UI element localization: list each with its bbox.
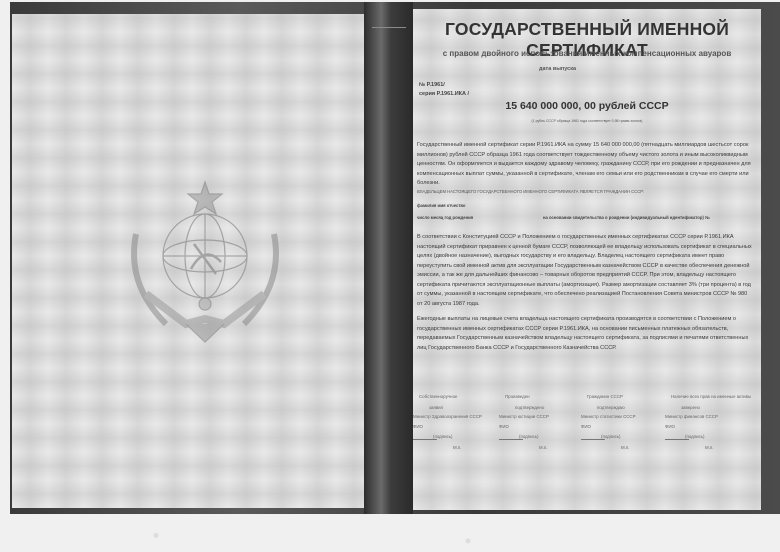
- left-page: [12, 14, 364, 508]
- certificate-number: № Р.1961/ серия Р.1961.ИКА /: [419, 81, 469, 99]
- signature-status: заявил: [429, 405, 443, 410]
- spine-line: [372, 27, 406, 28]
- signatory-title: Министр Здравоохранения СССР: [413, 414, 482, 419]
- signature-label: (подпись): [685, 434, 705, 439]
- signature-label: (подпись): [433, 434, 453, 439]
- paragraph-payments: Ежегодные выплаты на лицевые счета владе…: [417, 315, 752, 353]
- signature-heading: Гражданин СССР: [587, 394, 623, 399]
- certificate-amount: 15 640 000 000, 00 рублей СССР: [413, 100, 761, 112]
- signature-status: заверено: [681, 405, 700, 410]
- signatory-title: Министр статистики СССР: [581, 414, 636, 419]
- paragraph-purpose: Государственный именной сертификат серии…: [417, 141, 752, 189]
- signatory-name-label: ФИО: [665, 424, 675, 429]
- signatory-name-label: ФИО: [413, 424, 423, 429]
- signatory-name-label: ФИО: [499, 424, 509, 429]
- signature-heading: Наличие всех прав на именные активы: [671, 394, 751, 399]
- signature-heading: Произведен: [505, 394, 530, 399]
- amount-note: (1 рубль СССР образца 1961 года соответс…: [413, 119, 761, 123]
- ussr-emblem-icon: [116, 174, 294, 349]
- folder-spine: [364, 2, 413, 514]
- signature-block: Собственноручное заявил Министр Здравоох…: [413, 394, 761, 456]
- signature-heading: Собственноручное: [419, 394, 457, 399]
- signature-line: [581, 439, 605, 440]
- signatory-title: Министр юстиции СССР: [499, 414, 549, 419]
- signature-status: подтверждено: [515, 405, 544, 410]
- signatory-name-label: ФИО: [581, 424, 591, 429]
- birth-date-field-label: число месяц год рождения: [417, 215, 473, 220]
- number-label: № Р.1961/: [419, 81, 469, 90]
- stamp-label: М.п.: [539, 445, 547, 450]
- signature-label: (подпись): [601, 434, 621, 439]
- signature-label: (подпись): [519, 434, 539, 439]
- signature-line: [413, 439, 437, 440]
- certificate-subtitle: с правом двойного использования именных …: [413, 49, 761, 58]
- full-name-field-label: фамилия имя отчество: [417, 203, 465, 208]
- stamp-label: М.п.: [705, 445, 713, 450]
- birth-certificate-field-label: на основании свидетельства о рождении (и…: [543, 215, 710, 220]
- signatory-title: Министр финансов СССР: [665, 414, 718, 419]
- signature-line: [499, 439, 523, 440]
- paragraph-legal-basis: В соответствии с Конституцией СССР и Пол…: [417, 233, 752, 309]
- owner-line: ВЛАДЕЛЬЦЕМ НАСТОЯЩЕГО ГОСУДАРСТВЕННОГО И…: [417, 189, 644, 194]
- signature-line: [665, 439, 689, 440]
- stamp-label: М.п.: [453, 445, 461, 450]
- certificate-page: ГОСУДАРСТВЕННЫЙ ИМЕННОЙ СЕРТИФИКАТ с пра…: [413, 9, 761, 510]
- stamp-label: М.п.: [621, 445, 629, 450]
- issue-date-label: дата выпуска: [539, 66, 576, 72]
- series-label: серия Р.1961.ИКА /: [419, 90, 469, 99]
- signature-status: подтверждаю: [597, 405, 625, 410]
